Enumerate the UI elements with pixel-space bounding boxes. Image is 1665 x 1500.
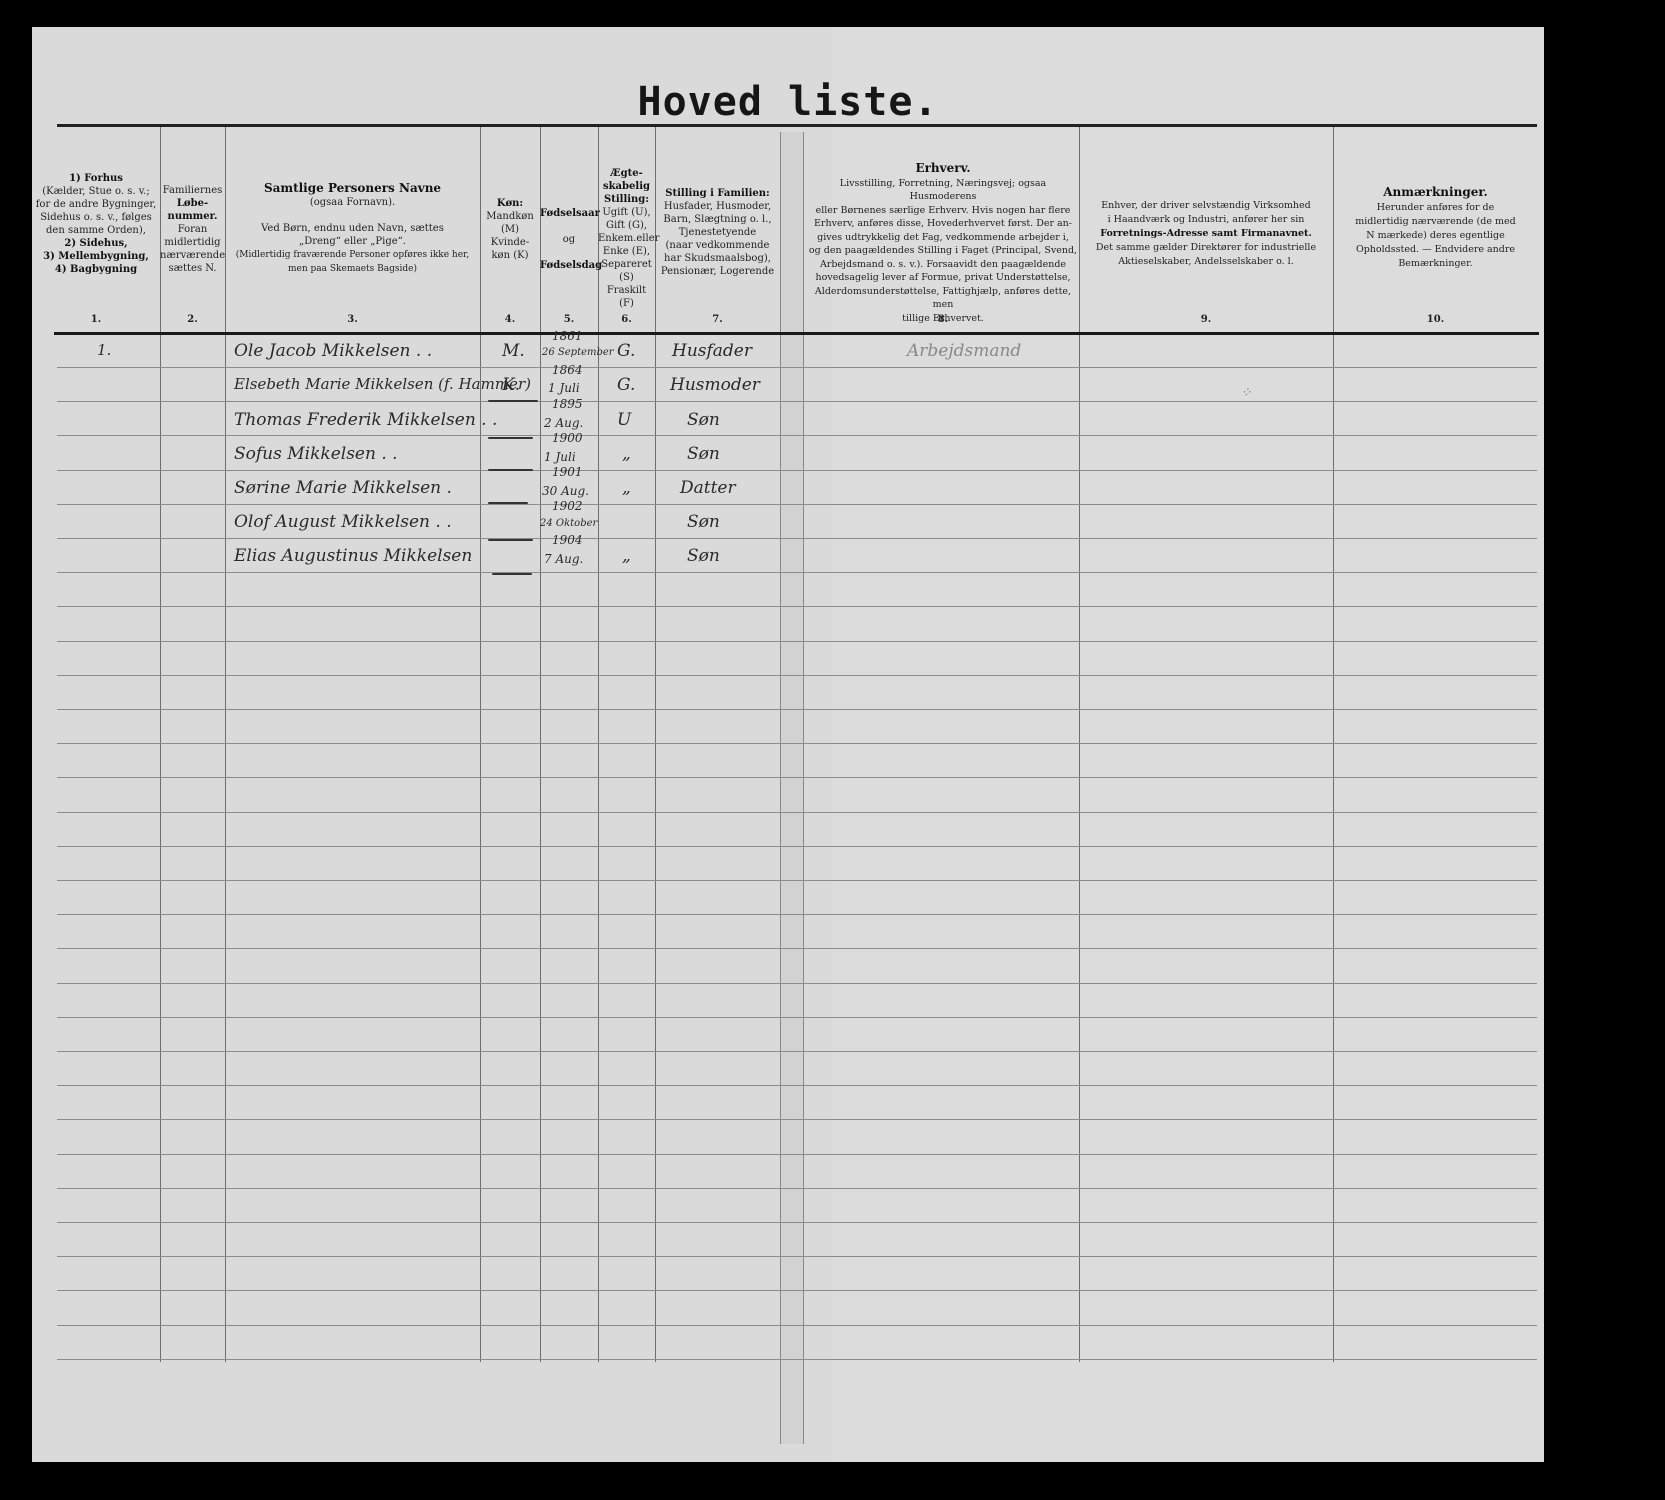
row-rule (57, 1017, 1537, 1018)
row-rule (57, 1085, 1537, 1086)
row-rule (57, 641, 1537, 642)
family-role: Søn (687, 512, 720, 532)
row-rule (57, 983, 1537, 984)
header-rule (54, 332, 1539, 335)
col-divider-2 (225, 127, 226, 1362)
marital-status: G. (617, 341, 635, 361)
ditto-dash (488, 469, 533, 471)
birth-day: 26 September (542, 347, 614, 358)
building-number: 1. (97, 341, 111, 359)
ditto-dash (488, 400, 538, 402)
row-rule (57, 1290, 1537, 1291)
row-rule (57, 1325, 1537, 1326)
col-divider-4 (540, 127, 541, 1362)
birth-day: 24 Oktober (540, 518, 597, 529)
family-role: Husmoder (670, 375, 760, 395)
row-rule (57, 401, 1537, 402)
row-rule (57, 880, 1537, 881)
col2-header: Familiernes Løbe- nummer. Foran midlerti… (160, 184, 225, 275)
birth-year: 1900 (552, 431, 583, 445)
ditto-dash (492, 573, 532, 575)
col4-number: 4. (480, 314, 540, 325)
sex-value: M. (502, 341, 525, 361)
col10-header: Anmærkninger. Herunder anføres for de mi… (1333, 185, 1538, 271)
birth-year: 1864 (552, 363, 583, 377)
occupation: Arbejdsmand (907, 341, 1021, 361)
row-rule (57, 743, 1537, 744)
col6-number: 6. (598, 314, 655, 325)
ditto-dash (488, 437, 533, 439)
row-rule (57, 435, 1537, 436)
row-rule (57, 675, 1537, 676)
row-rule (57, 709, 1537, 710)
row-rule (57, 1051, 1537, 1052)
birth-year: 1895 (552, 397, 583, 411)
row-rule (57, 914, 1537, 915)
ditto-dash (488, 539, 533, 541)
col5-number: 5. (540, 314, 598, 325)
birth-year: 1861 (552, 329, 583, 343)
col1-header: 1) Forhus (Kælder, Stue o. s. v.; for de… (32, 172, 160, 276)
person-name: Elsebeth Marie Mikkelsen (f. Hammer) (234, 375, 531, 393)
col9-header: Enhver, der driver selvstændig Virksomhe… (1079, 199, 1333, 269)
birth-day: 1 Juli (544, 450, 576, 464)
person-name: Elias Augustinus Mikkelsen (234, 546, 472, 566)
row-rule (57, 504, 1537, 505)
col-divider-8 (1079, 127, 1080, 1362)
row-rule (57, 1119, 1537, 1120)
family-role: Søn (687, 444, 720, 464)
col7-header: Stilling i Familien: Husfader, Husmoder,… (655, 187, 780, 278)
family-role: Søn (687, 546, 720, 566)
row-rule (57, 606, 1537, 607)
col-divider-1 (160, 127, 161, 1362)
birth-year: 1901 (552, 465, 583, 479)
birth-day: 2 Aug. (544, 416, 583, 430)
family-role: Datter (680, 478, 736, 498)
col3-number: 3. (225, 314, 480, 325)
row-rule (57, 1188, 1537, 1189)
family-role: Søn (687, 410, 720, 430)
person-name: Sofus Mikkelsen . . (234, 444, 398, 464)
marital-status: U (617, 410, 631, 430)
row-rule (57, 948, 1537, 949)
marital-status: „ (622, 444, 631, 464)
row-rule (57, 1222, 1537, 1223)
row-rule (57, 367, 1537, 368)
stray-mark: ⁘ (1240, 385, 1252, 401)
person-name: Thomas Frederik Mikkelsen . . (234, 410, 497, 430)
family-role: Husfader (672, 341, 752, 361)
row-rule (57, 846, 1537, 847)
birth-day: 7 Aug. (544, 552, 583, 566)
row-rule (57, 470, 1537, 471)
col8-header: Erhverv. Livsstilling, Forretning, Nærin… (807, 162, 1079, 325)
col1-number: 1. (32, 314, 160, 325)
col5-header: Fødselsaar og Fødselsdag (540, 207, 598, 272)
sex-value: K. (502, 375, 520, 395)
person-name: Sørine Marie Mikkelsen . (234, 478, 452, 498)
row-rule (57, 1359, 1537, 1360)
person-name: Ole Jacob Mikkelsen . . (234, 341, 432, 361)
row-rule (57, 777, 1537, 778)
ditto-dash (488, 502, 528, 504)
col7-number: 7. (655, 314, 780, 325)
birth-day: 30 Aug. (542, 484, 589, 498)
birth-year: 1902 (552, 499, 583, 513)
col6-header: Ægte- skabelig Stilling: Ugift (U), Gift… (598, 167, 655, 310)
person-name: Olof August Mikkelsen . . (234, 512, 452, 532)
row-rule (57, 1154, 1537, 1155)
marital-status: G. (617, 375, 635, 395)
col-divider-6 (655, 127, 656, 1362)
col-divider-3 (480, 127, 481, 1362)
col-divider-5 (598, 127, 599, 1362)
col8-number: 8. (807, 314, 1079, 325)
row-rule (57, 1256, 1537, 1257)
col10-number: 10. (1333, 314, 1538, 325)
col9-number: 9. (1079, 314, 1333, 325)
marital-status: „ (622, 546, 631, 566)
page-title: Hoved liste. (32, 79, 1544, 125)
row-rule (57, 572, 1537, 573)
title-rule (57, 124, 1537, 127)
census-sheet: Hoved liste. 1) Forhus (Kælder, Stue o. … (32, 27, 1544, 1462)
col4-header: Køn: Mandkøn (M) Kvinde- køn (K) (480, 197, 540, 262)
birth-year: 1904 (552, 533, 583, 547)
row-rule (57, 538, 1537, 539)
marital-status: „ (622, 478, 631, 498)
page-gutter (780, 132, 804, 1444)
row-rule (57, 812, 1537, 813)
col3-header: Samtlige Personers Navne (ogsaa Fornavn)… (225, 182, 480, 276)
col2-number: 2. (160, 314, 225, 325)
birth-day: 1 Juli (548, 381, 580, 395)
col-divider-9 (1333, 127, 1334, 1362)
